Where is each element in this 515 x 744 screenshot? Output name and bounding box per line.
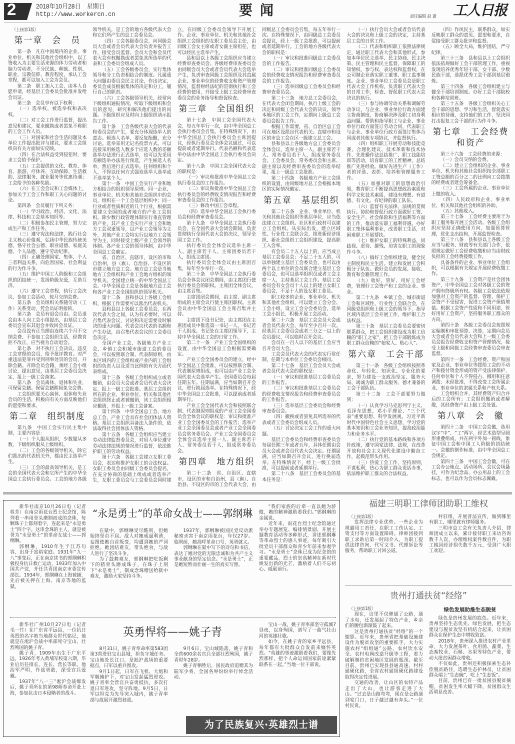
- paragraph: 第二十六条 基层工会会员大会或者会员代表大会，每年至少召开一次。经基层工会委员会…: [262, 317, 341, 340]
- paragraph: 第三十一条 各级工会组织按照革命化、年轻化、知识化、专业化的要求，努力建设一支政…: [347, 363, 426, 392]
- paragraph: （一）学习政治、经济、文化、法律、科技和工会基本知识等。: [8, 209, 87, 220]
- paragraph: 第三十二条 工会干部要努力做到：: [347, 391, 426, 402]
- paragraph: （一）认真学习马克思列宁主义、毛泽东思想、邓小平理论、“三个代表”重要思想、科学…: [347, 403, 426, 437]
- paragraph: 第二十一条 产业工会全国组织的设置，由中华全国总工会根据需要确定。: [177, 340, 256, 357]
- paragraph: 1937年，郭纲琳被国民党反动派秘密杀害于南京雨花台，年仅27岁。临刑前，她高呼…: [174, 528, 253, 545]
- paragraph: （二）工会的各级领导机关，除它们派出的代表机关外，都由民主选举产生。: [8, 448, 87, 465]
- paragraph: 工会组织要关心离休、退休和失业会员的生活，积极向有关方面反映他们的愿望和要求。: [8, 391, 87, 408]
- chapter-heading: 第六章 工会干部: [347, 349, 426, 360]
- paragraph: （三）选举同级总工会委员会和经费审查委员会。: [262, 84, 341, 95]
- paragraph: 第二十五条 企业、事业单位、机关和其他社会组织等基层单位，应当依法建立工会组织。…: [262, 209, 341, 249]
- paragraph: （九）收好、管好、用好工会经费，管理好工会资产和工会的企业、事业。: [347, 278, 426, 295]
- paragraph: 有会员二十五人以上的，应当成立基层工会委员会；不足二十五人的，可以单独建立基层工…: [262, 249, 341, 295]
- paragraph: 发挥法律专业优势。一些企业为规避用工责任，在职工工伤认定、工资支付等方面设置障碍…: [345, 520, 423, 554]
- paragraph: 三明市总工会有关负责人介绍，律师团成立以来，累计接待职工来访咨询数千人次，办理维…: [429, 525, 511, 554]
- paragraph: 村驻组，开展普法宣传，做到哪里有职工、哪里就有律师服务。: [429, 514, 511, 525]
- paragraph: 第二十条 中华全国总工会执行委员会全体会议闭会期间，由主席团行使执行委员会的职权…: [177, 272, 256, 295]
- paragraph: 主席团下设书记处，由主席团在主席团成员中推选第一书记一人、书记若干人组成。书记处…: [177, 317, 256, 340]
- paragraph: （五）讨论决定工会工作的重大问题。: [262, 426, 341, 437]
- paragraph: 第二十三条 地方总工会委员会，在代表大会闭会期间，执行上级工会的决定和同级工会代…: [262, 95, 341, 124]
- paragraph: 第四十一条 工会经费、资产和国家及企业、事业单位等拨给工会的不动产和拨付资金形成…: [431, 357, 510, 391]
- guo-article-column-4: “我们家族的后辈一直以她为骄傲，她的精神激励着我们。”郭纲琳的亲属说。近年来，雨…: [259, 504, 336, 615]
- paragraph: 工会组织合并，其经费资产归合并后的工会所有；工会组织撤销或者解散，其经费资产由上…: [431, 391, 510, 408]
- chapter-heading: 第八章 会 徽: [431, 411, 510, 422]
- paragraph: 会员没有正当理由连续六个月不交纳会费、不参加工会组织生活，经教育拒不改正，应当视…: [8, 329, 87, 346]
- article-divider: [345, 585, 512, 586]
- paragraph: 基层工会委员会和经费审查委员会每届任期三年或者五年，具体任期由会员大会或者会员代…: [262, 437, 341, 471]
- paragraph: 第十九条 中华全国总工会执行委员会，在全国代表大会闭会期间，负责贯彻执行全国代表…: [177, 220, 256, 243]
- paragraph: 第七条 对不执行工会决议、违反工会章程的会员，给予批评教育。对严重违法犯罪并受到…: [8, 346, 87, 380]
- paragraph: 第三十七条 工会经费主要用于为职工服务和开展工会活动。各级工会组织应坚持正确使用…: [431, 214, 510, 237]
- paragraph: （八）搞好工会组织建设，健全民主制度和民主生活。建立和发展工会积极分子队伍。做好…: [347, 255, 426, 278]
- paragraph: 产业工会全国代表大会和按照联合制、代表制原则组成的产业工会全国委员会全体会议的职…: [177, 403, 256, 454]
- paragraph: （四）选举中华全国总工会执行委员会和经费审查委员会。: [177, 209, 256, 220]
- paragraph: 现在，这里不仅修通了公路，通了水电，还发展起了特色产业，乡亲们的腰包渐渐鼓了起来…: [345, 612, 423, 629]
- paragraph: （六）监督有关法律、法规的贯彻执行。协助和督促行政方面做好工资、安全生产、社会保…: [347, 204, 426, 238]
- paragraph: 县和县以上各级工会组织应当建立经费审查委员会。各级经费审查委员会由同级会员大会或…: [177, 56, 256, 102]
- chapter-heading: 第七章 工会经费和资产: [431, 126, 510, 148]
- paragraph: （四）组织职工开展劳动和技能竞赛、合理化建议、技术革新和技术协作、先进操作法总结…: [347, 141, 426, 181]
- paragraph: （二）建立工会组织的企业、事业单位、机关和其他社会组织按全部职工工资总额的百分之…: [431, 163, 510, 186]
- paragraph: 县和县以上各级地方总工会委员会全体会议，选举主席一人、副主席若干人、常务委员若干…: [262, 141, 341, 175]
- guizhou-article-column-2: 绿色发展助推生态脱贫绿色是贵州发展的底色。近年来，贵州坚持生态优先、绿色发展，把…: [429, 606, 511, 742]
- paragraph: （二）执行党的基本路线和各项方针政策，遵守国家法律、法规，在改革开放和社会主义现…: [347, 437, 426, 460]
- paragraph: （三）参与协调劳动关系和调解劳动争议，与企业、事业单位行政方面建立协商制度，协商…: [347, 101, 426, 141]
- paragraph: 主席团闭会期间，由主席、副主席组成的主席会议行使主席团职权。主席会议由中华全国总…: [177, 294, 256, 317]
- chapter-heading: 第四章 地方组织: [177, 457, 256, 468]
- paragraph: （六）遵守工会章程，执行工会决议，参加工会活动，按月交纳会费。: [8, 289, 87, 300]
- paragraph: （五）维护中国工人阶级和工会组织的团结统一，发扬阶级友爱，互助互济。: [8, 272, 87, 289]
- paragraph: （五）工会提供的文化、教育、体育、旅游、疗休养、互助保障、生活救助、法律服务、就…: [8, 163, 87, 186]
- paragraph: （二）审议和批准中华全国总工会执行委员会的经费收支情况报告和经费审查委员会的工作…: [177, 186, 256, 203]
- paragraph: 省、自治区、直辖市，设区的市和自治州，县（旗）、自治县、不设区的市建立地方总工会…: [93, 255, 172, 295]
- paragraph: （一）选举权、被选举权和表决权。: [8, 106, 87, 117]
- paragraph: （七）维护女职工的特殊利益，同歧视、虐待、摧残、迫害女职工的现象作斗争。: [347, 238, 426, 255]
- paragraph: 第二十九条 乡镇工会、城市街道工会和区域性、行业性工会联合会，在同级党组织和上级…: [347, 295, 426, 324]
- paragraph: （一）执行会员大会或者会员代表大会的决议和上级工会的决定，主持基层工会的日常工作…: [347, 27, 426, 44]
- paragraph: （三）选举基层工会委员会和经费审查委员会。: [262, 403, 341, 414]
- paragraph: （一）审议和批准同级总工会委员会的工作报告。: [262, 56, 341, 67]
- paragraph: 第三十三条 县和县以上工会组织依法依规做好工会干部管理工作，重视发现培养优秀年轻…: [431, 56, 510, 85]
- paragraph: 第三十九条 工会资产是社会团体资产，中华全国总工会对各级工会的资产拥有终极所有权…: [431, 277, 510, 323]
- subheading: 绿色发展助推生态脱贫: [429, 607, 511, 614]
- paragraph: 第十二条 县和县以上各级工会组织，根据工作需要可以派出代表机关。: [93, 295, 172, 306]
- yao-article-column-2: 8月31日，姚子青奉命率第583团第3营进驻宝山县城，担负守城任务。宝山地处长江…: [90, 646, 168, 735]
- paragraph: 郭纲琳，1910年生于江苏句容，出身于富裕家庭。1931年“九一八”事变后，正在…: [10, 544, 86, 590]
- paragraph: 9月1日起，日军在飞机、大炮和军舰掩护下，对宝山发起猛烈进攻。姚子青率全营官兵奋…: [90, 669, 168, 703]
- paragraph: 交通的改善，让山区的农特产品走出了大山，也让游客走进了大山。“过去是山路弯弯，现…: [345, 680, 423, 709]
- paragraph: 新华社南京10月26日电（记者蒋芳）在南京雨花台烈士纪念馆，陈列着一串用骨头磨制…: [10, 504, 86, 544]
- paragraph: 第八条 会员离休、退休和失业，可保留会籍。保留会籍期间免交会费。: [8, 380, 87, 391]
- paragraph: 近年来，雨花台烈士纪念馆通过举办专题展览、编排情景剧、开展主题教育活动等多种形式…: [259, 521, 336, 572]
- paragraph: （二）代表和组织职工依照法律规定，通过职工代表大会和其他形式，参加本单位民主选举…: [347, 44, 426, 101]
- guo-article-headline: “永是勇士”的革命女战士——郭纲琳: [90, 506, 255, 521]
- chapter-heading: 第三章 全国组织: [177, 104, 256, 115]
- paragraph: （二）对工会工作进行监督，提出意见和建议，要求撤换或者罢免不称职的工会工作人员。: [8, 118, 87, 135]
- paragraph: “我们家族的后辈一直以她为骄傲，她的精神激励着我们。”郭纲琳的亲属说。: [259, 504, 336, 521]
- article-dotted-divider: [10, 617, 336, 618]
- paragraph: 第三十条 基层工会委员会要密切联系群众，把工会组织建设成为职工信赖的“职工之家”…: [347, 324, 426, 347]
- paragraph: 第二十四条 各级地方产业工会组织的设置，由同级地方总工会根据本地区的实际情况确定…: [262, 175, 341, 192]
- paragraph: （四）在合法权益受到侵犯时，要求工会给予保护。: [8, 152, 87, 163]
- paragraph: 第五条 会员组织关系随劳动（工作）关系变动，凭会员证明接转。: [8, 300, 87, 311]
- paragraph: 姚子青，1909年出生于广东平远，1926年考入黄埔军校第六期，毕业后历任排长、…: [10, 651, 86, 680]
- paragraph: 为了鼓舞难友，郭纲琳把吃饭剩下的猪骨头磨成珠子，在珠子上刻下“永是勇士”，制成念…: [90, 557, 168, 580]
- yao-article-column-1: 新华社广州10月27日电（记者毛一竹）在广东省平远县，一位抗日英烈的名字被当地群…: [10, 622, 86, 735]
- paragraph: 具备条件的企业、事业单位工会组织，可以根据有关规定开展经费收缴工作。: [431, 260, 510, 277]
- paragraph: 执行委员会全体会议选举主席一人、副主席若干人、主席团委员若干人，组成主席团。: [177, 243, 256, 260]
- paragraph: （三）对国家和社会生活问题及本单位工作提出批评与建议，要求工会组织向有关方面如实…: [8, 135, 87, 152]
- guizhou-article-headline: 贵州打通扶贫“经络”: [345, 589, 512, 603]
- paragraph: 郭纲琳在狱中写下的诗句和书信，表达了她对党的无限忠诚和为共产主义事业献身的坚定信…: [174, 545, 253, 568]
- constitution-text-columns: （上接第1版）第一章 会 员第一条 凡在中国境内的企业、事业单位、机关和其他社会…: [8, 27, 510, 488]
- paragraph: 在狱中，郭纲琳受尽酷刑，但她始终坚贞不屈。敌人对她威逼利诱，妄图使她自首叛变，均…: [90, 528, 168, 557]
- paragraph: 第十条 工会各级代表大会的代表和委员会的产生，要充分体现选举人的意志。候选人名单…: [93, 124, 172, 181]
- chapter-heading: 第一章 会 员: [8, 35, 87, 46]
- paragraph: 县和县以上各级工会委员会，在两次代表大会之间，认为有必要时，可以召集代表会议，讨…: [93, 306, 172, 340]
- guo-article-column-2: 在狱中，郭纲琳受尽酷刑，但她始终坚贞不屈。敌人对她威逼利诱，妄图使她自首叛变，均…: [90, 528, 168, 614]
- newspaper-page: 2 2018年10月28日 星期日 http://www.workercn.cn…: [0, 0, 515, 744]
- website-url: http://www.workercn.cn: [36, 11, 115, 18]
- paragraph: 第三十五条 各级工会组织关心工会干部的思想、学习和生活，督促落实相应的待遇，支持…: [431, 101, 510, 124]
- paragraph: 姚子青牺牲后，国民政府追赠其为陆军少将，全国各界纷纷举行悼念活动。: [174, 663, 253, 680]
- paragraph: （四）作风民主，联系群众，如实反映职工群众的意见、愿望和要求，自觉接受职工群众批…: [431, 27, 510, 44]
- paragraph: （四）工会各级委员会，向同级会员大会或者会员代表大会负责并报告工作，接受会员监督…: [93, 38, 172, 67]
- paragraph: 1937年“八一三”淞沪会战爆发后，姚子青所在的第98师奉命开赴上海，参加抗击日…: [10, 679, 86, 696]
- paragraph: 职工较多的企业、事业单位、机关和其他社会组织，可以建立工会分会、工会小组，设立工…: [262, 294, 341, 317]
- paragraph: 9月6日，宝山城陷落，姚子青和全营600余名官兵全部壮烈殉国，姚子青时年28岁。: [174, 646, 253, 663]
- paragraph: 第十七条 中国工会全国代表大会，每五年举行一次，由中华全国总工会执行委员会召集。…: [177, 118, 256, 164]
- paragraph: 全国产业工会、各级地方产业工会、乡镇工会和城市街道工会的委员会，可以按照联合制、…: [93, 341, 172, 375]
- paragraph: 第三十四条 各级工会组织建立与健全干部培训制度。办好工会干部院校和各种培训班。: [431, 84, 510, 101]
- paragraph: 第十四条 中华全国总工会、地方总工会、产业工会具有社会团体法人资格。基层工会组织…: [93, 409, 172, 432]
- paragraph: 产业工会全国委员会的建立，经中华全国总工会批准，可以按照联合制、代表制原则组成，…: [177, 357, 256, 403]
- paragraph: 根据工作需要，省、自治区总工会可在地区设派出代表机关。直辖市和设区的市总工会在区…: [262, 124, 341, 141]
- paragraph: （一）个人服从组织，少数服从多数，下级组织服从上级组织。: [8, 436, 87, 447]
- paragraph: （四）人民政府和企业、事业单位、机关和其他社会组织的补助。: [431, 197, 510, 208]
- paragraph: 这是贵州打通扶贫“经络”的一个缩影。近年来，贵州省把基础设施建设作为脱贫攻坚的重…: [345, 629, 423, 680]
- paragraph: 第十三条 各级工会组织成立或者撤销，由会员大会或者会员代表大会决定，报上一级工会…: [93, 375, 172, 409]
- paragraph: （三）热爱工会工作，坚持原则，不谋私利，热心为职工群众说话办事，依法维护职工群众…: [347, 460, 426, 477]
- chapter-heading: 第五章 基层组织: [262, 195, 341, 206]
- paragraph: 第九条 中国工会实行民主集中制，主要内容是：: [8, 425, 87, 436]
- masthead-logo: 工人日报: [453, 1, 507, 20]
- guo-article-column-1: 新华社南京10月26日电（记者蒋芳）在南京雨花台烈士纪念馆，陈列着一串用骨头磨制…: [10, 504, 86, 615]
- paragraph: 宝山一战，姚子青率部坚守孤城7昼夜，以身殉国，谱写了一曲气壮山河的英雄壮歌。: [259, 622, 336, 639]
- paragraph: 会员在一百人以下的基层工会应当召开会员大会。: [262, 340, 341, 351]
- section-title: 要闻: [239, 3, 281, 19]
- paragraph: 不仅如此，贵州还积极探索生态补偿脱贫路径，选聘生态护林员，让贫困群众端上“生态碗…: [429, 661, 511, 678]
- fujian-article-column-2: 村驻组，开展普法宣传，做到哪里有职工、哪里就有律师服务。三明市总工会有关负责人介…: [429, 514, 511, 582]
- issue-date: 2018年10月28日 星期日: [36, 3, 105, 10]
- yao-article-column-3: 9月6日，宝山城陷落，姚子青和全营600余名官兵全部壮烈殉国，姚子青时年28岁。…: [174, 646, 253, 713]
- page-number: 2: [7, 1, 16, 18]
- paragraph: （一）审议和批准基层工会委员会的工作报告。: [262, 374, 341, 385]
- paragraph: 第三十八条 县和县以上各级工会应当与税务、财政等有关部门合作，依照规定做好工会经…: [431, 237, 510, 260]
- paragraph: 新华社广州10月27日电（记者毛一竹）在广东省平远县，一位抗日英烈的名字被当地群…: [10, 622, 86, 651]
- yao-article-headline: 英勇悍将——姚子青: [90, 624, 255, 641]
- header-divider: [4, 23, 511, 24]
- section-divider: [3, 492, 512, 495]
- paragraph: （四）撤换或者罢免其所选举的代表或者工会委员会组成人员。: [262, 414, 341, 425]
- yao-article-column-4: 宝山一战，姚子青率部坚守孤城7昼夜，以身殉国，谱写了一曲气壮山河的英雄壮歌。如今…: [259, 622, 336, 713]
- paragraph: （五）顾全大局，维护团结，严守纪律。: [431, 44, 510, 55]
- paragraph: 第十一条 中国工会实行产业和地方相结合的组织领导原则。同一企业、事业单位、机关和…: [93, 181, 172, 255]
- paragraph: （六）在工会会议和工会媒体上，参加关于工会工作和职工关心问题的讨论。: [8, 186, 87, 203]
- paragraph: （五）工会各级委员会，实行集体领导和分工负责相结合的制度。凡属重大问题由委员会民…: [93, 67, 172, 96]
- paragraph: （二）积极参加民主管理，努力完成生产和工作任务。: [8, 220, 87, 231]
- paragraph: 第六条 会员有退会自由。会员退会由本人向工会小组提出，由基层工会委员会宣布其退会…: [8, 312, 87, 329]
- paragraph: （三）遵守宪法和法律，践行社会主义核心价值观，弘扬中华民族传统美德，恪守社会公德…: [8, 232, 87, 255]
- paragraph: （一）审议和批准中华全国总工会执行委员会的工作报告。: [177, 175, 256, 186]
- guizhou-article-column-1: （上接第1版）现在，这里不仅修通了公路，通了水电，还发展起了特色产业，乡亲们的腰…: [345, 606, 423, 742]
- paragraph: 第四十二条 中国工会会徽，选用汉字“中”、“工”两字，经艺术造型呈圆形重叠组成，…: [431, 425, 510, 459]
- fujian-article-column-1: （上接第1版）发挥法律专业优势。一些企业为规避用工责任，在职工工伤认定、工资支付…: [345, 514, 423, 582]
- paragraph: 执行委员会全体会议由主席团召集，每年至少举行一次。: [177, 260, 256, 271]
- continuation-note: （上接第1版）: [8, 27, 87, 33]
- paragraph: （五）加强对职工的思想政治引领，教育职工不断提高思想政治素质和科学文化技术素质，…: [347, 181, 426, 204]
- paragraph: 第十八条 中国工会全国代表大会的职权是：: [177, 163, 256, 174]
- paragraph: 2018年，贵州深入推进农村产业革命，大力发展茶叶、食用菌、蔬菜、生态畜牧业、石…: [429, 638, 511, 661]
- series-banner: 为了民族复兴·英雄烈士谱: [186, 716, 337, 734]
- paragraph: （六）工会各级领导机关，经常向下级组织通报情况，听取下级组织和会员的意见，研究和…: [93, 95, 172, 124]
- paragraph: （二）审议和批准同级总工会委员会的经费收支情况报告和经费审查委员会的工作报告。: [262, 67, 341, 84]
- paragraph: 第一条 凡在中国境内的企业、事业单位、机关和其他社会组织中，以工资收入为主要生活…: [8, 49, 87, 83]
- paragraph: 8月31日，姚子青奉命率第583团第3营进驻宝山县城，担负守城任务。宝山地处长江…: [90, 646, 168, 669]
- paragraph: 如今，在姚子青的家乡平远县，每年都有大批群众自发前来缅怀英烈。“英雄的事迹激励着…: [259, 639, 336, 668]
- paragraph: 第四十条 各级工会委员会按照规定编制和审批预算、决算，定期向会员大会或者会员代表…: [431, 323, 510, 357]
- fujian-article-headline: 福建三明职工律师团助职工维权: [345, 497, 512, 511]
- paragraph: 第二十八条 基层工会委员会的基本任务是：: [262, 471, 341, 482]
- editor-credit: 责任编辑 赵 潇: [410, 14, 437, 19]
- paragraph: （二）审议和批准基层工会委员会的经费收支情况报告和经费审查委员会的工作报告。: [262, 386, 341, 403]
- paragraph: 绿色是贵州发展的底色。近年来，贵州坚持生态优先、绿色发展，把生态建设与脱贫攻坚有…: [429, 616, 511, 639]
- paragraph: 目前，贵州已有一批贫困县脱贫摘帽，贫困发生率大幅下降，贫困群众生活明显改善。: [429, 678, 511, 695]
- paragraph: （四）正确处理国家、集体、个人三者利益关系，向危害国家、社会利益的行为作斗争。: [8, 255, 87, 272]
- paragraph: 第二条 职工加入工会，由本人自愿申请，经基层工会委员会批准并发给会员证。: [8, 83, 87, 100]
- paragraph: 第四十三条 中国工会会徽，可在工会办公地点、活动场所、会议会场悬挂，可作为纪念品…: [431, 459, 510, 482]
- paragraph: 第二十七条 基层工会会员大会或者会员代表大会的职权是：: [262, 363, 341, 374]
- chapter-heading: 第二章 组织制度: [8, 411, 87, 422]
- paragraph: 工会会员代表大会的代表实行常任制，任期与本单位工会委员会相同。: [262, 351, 341, 362]
- guo-article-column-3: 1937年，郭纲琳被国民党反动派秘密杀害于南京雨花台，年仅27岁。临刑前，她高呼…: [174, 528, 253, 614]
- paragraph: （三）工会所属的企业、事业单位上缴的收入。: [431, 186, 510, 197]
- paragraph: 第十五条 各级工会组织应当建立劳动法律监督委员会，对用人单位遵守劳动法律法规的情…: [93, 432, 172, 455]
